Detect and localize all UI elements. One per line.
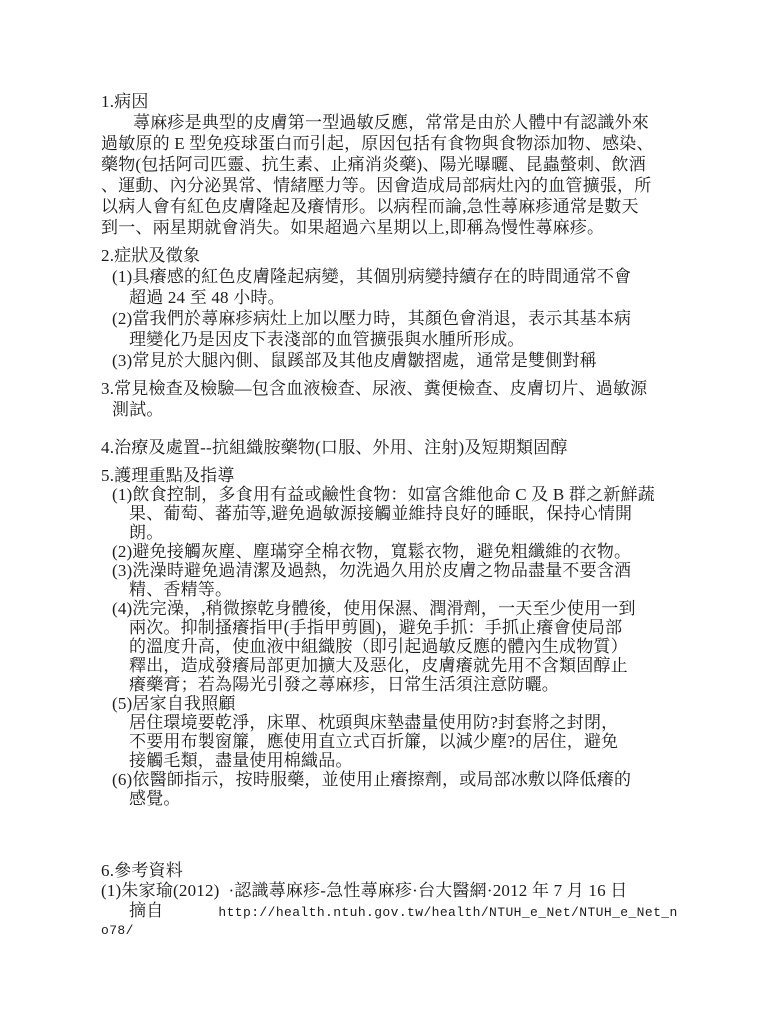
section-etiology: 1.病因蕁麻疹是典型的皮膚第一型過敏反應，常常是由於人體中有認識外來過敏原的 E… [101,91,681,238]
text-line: (6)依醫師指示，按時服藥，並使用止癢擦劑，或局部冰敷以降低癢的 [101,770,681,789]
text-line: (1)具癢感的紅色皮膚隆起病變，其個別病變持續存在的時間通常不會 [101,266,681,287]
text-line: (3)洗澡時避免過清潔及過熱，勿洗過久用於皮膚之物品盡量不要含酒 [101,561,681,580]
text-line: 6.參考資料 [101,861,681,881]
text-line: 果、葡萄、蕃茄等,避免過敏源接觸並維持良好的睡眠，保持心情開 [101,504,681,523]
text-line: (2)當我們於蕁麻疹病灶上加以壓力時，其顏色會消退，表示其基本病 [101,308,681,329]
text-line: (1)朱家瑜(2012) ·認識蕁麻疹-急性蕁麻疹·台大醫網·2012 年 7 … [101,881,681,901]
text-line: 、運動、內分泌異常、情緒壓力等。因會造成局部病灶內的血管擴張，所 [101,175,681,196]
text-line: 到一、兩星期就會消失。如果超過六星期以上,即稱為慢性蕁麻疹。 [101,217,681,238]
section-symptoms-and-signs: 2.症狀及徵象(1)具癢感的紅色皮膚隆起病變，其個別病變持續存在的時間通常不會超… [101,245,681,371]
reference-url: http://health.ntuh.gov.tw/health/NTUH_e_… [218,905,677,920]
text-line: (3)常見於大腿內側、鼠蹊部及其他皮膚皺摺處，通常是雙側對稱 [101,350,681,371]
section-common-exams-and-tests: 3.常見檢查及檢驗—包含血液檢查、尿液、糞便檢查、皮膚切片、過敏源測試。 [101,378,681,420]
text-line: 藥物(包括阿司匹靈、抗生素、止痛消炎藥)、陽光曝曬、昆蟲螫刺、飲酒 [101,154,681,175]
text-line: 超過 24 至 48 小時。 [101,287,681,308]
text-line: 3.常見檢查及檢驗—包含血液檢查、尿液、糞便檢查、皮膚切片、過敏源 [101,378,681,399]
section-references: 6.參考資料(1)朱家瑜(2012) ·認識蕁麻疹-急性蕁麻疹·台大醫網·201… [101,861,681,941]
document-page: 1.病因蕁麻疹是典型的皮膚第一型過敏反應，常常是由於人體中有認識外來過敏原的 E… [0,0,768,1024]
text-line: 測試。 [101,399,681,420]
text-line: 癢藥膏；若為陽光引發之蕁麻疹，日常生活須注意防曬。 [101,675,681,694]
text-line: 過敏原的 E 型免疫球蛋白而引起，原因包括有食物與食物添加物、感染、 [101,133,681,154]
text-line: o78/ [101,921,681,941]
text-line: 以病人會有紅色皮膚隆起及癢情形。以病程而論,急性蕁麻疹通常是數天 [101,196,681,217]
text-line: (4)洗完澡，,稍微擦乾身體後，使用保濕、潤滑劑，一天至少使用一到 [101,599,681,618]
text-line: 摘自http://health.ntuh.gov.tw/health/NTUH_… [101,901,681,921]
text-line: 的溫度升高，使血液中組織胺（即引起過敏反應的體內生成物質） [101,637,681,656]
text-line: 精、香精等。 [101,580,681,599]
text-line: 理變化乃是因皮下表淺部的血管擴張與水腫所形成。 [101,329,681,350]
text-line: 接觸毛類，盡量使用棉織品。 [101,751,681,770]
text-line: 5.護理重點及指導 [101,466,681,485]
text-line: 不要用布製窗簾，應使用直立式百折簾，以減少塵?的居住，避免 [101,732,681,751]
text-line: 居住環境要乾淨，床單、枕頭與床墊盡量使用防?封套將之封閉， [101,713,681,732]
text-line: 1.病因 [101,91,681,112]
section-treatment: 4.治療及處置--抗組織胺藥物(口服、外用、注射)及短期類固醇 [101,437,681,458]
text-span: 摘自 [129,901,163,920]
text-line: 蕁麻疹是典型的皮膚第一型過敏反應，常常是由於人體中有認識外來 [101,112,681,133]
text-line: 感覺。 [101,789,681,808]
section-nursing-guidance: 5.護理重點及指導(1)飲食控制，多食用有益或鹼性食物：如富含維他命 C 及 B… [101,466,681,808]
text-line: 兩次。抑制搔癢指甲(手指甲剪圓)，避免手抓：手抓止癢會使局部 [101,618,681,637]
text-line: 釋出，造成發癢局部更加擴大及惡化，皮膚癢就先用不含類固醇止 [101,656,681,675]
text-line: (5)居家自我照顧 [101,694,681,713]
text-line: (2)避免接觸灰塵、塵璊穿全棉衣物，寬鬆衣物，避免粗纖維的衣物。 [101,542,681,561]
text-line: 4.治療及處置--抗組織胺藥物(口服、外用、注射)及短期類固醇 [101,437,681,458]
text-line: 2.症狀及徵象 [101,245,681,266]
text-line: 朗。 [101,523,681,542]
text-line: (1)飲食控制，多食用有益或鹼性食物：如富含維他命 C 及 B 群之新鮮蔬 [101,485,681,504]
